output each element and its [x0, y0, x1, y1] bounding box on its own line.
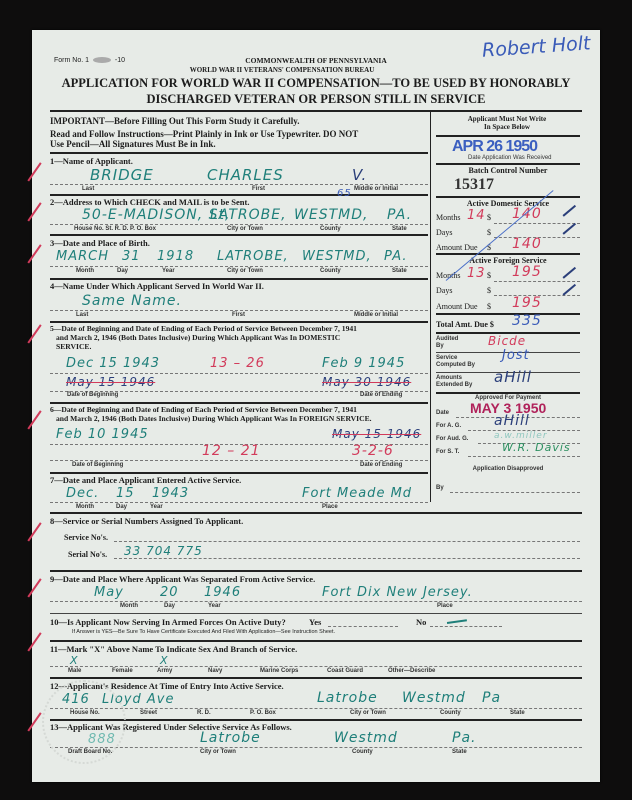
serial-numbers-line	[114, 558, 580, 559]
domestic-end-2[interactable]: May 30 1946	[322, 375, 411, 389]
domestic-days-currency: $	[487, 228, 491, 237]
entered-day[interactable]: 15	[116, 486, 135, 501]
q10-no-field[interactable]	[430, 626, 502, 627]
mail-city[interactable]: LATROBE,	[210, 207, 287, 223]
q1-last-caption: Last	[82, 186, 94, 192]
q2-city-caption: City or Town	[227, 226, 263, 232]
review-tick-icon	[27, 410, 41, 429]
mail-street[interactable]: 50-E-MADISON, St,	[82, 207, 230, 223]
q12-divider	[50, 719, 582, 721]
date-received-stamp: APR 26 1950	[452, 138, 537, 156]
q9-month-caption: Month	[120, 603, 138, 609]
foreign-days-currency: $	[487, 286, 491, 295]
q4-first-caption: First	[232, 312, 245, 318]
q5-line-1	[50, 373, 428, 374]
option-male[interactable]: Male	[68, 668, 81, 674]
mail-county[interactable]: WESTMD,	[294, 207, 368, 223]
draft-board-city[interactable]: Latrobe	[200, 730, 261, 746]
birth-state[interactable]: PA.	[384, 249, 407, 264]
birth-day[interactable]: 31	[122, 249, 141, 264]
q12-city-caption: City or Town	[350, 710, 386, 716]
for-aud-signature: a.w.miller	[494, 431, 548, 441]
option-marine-corps[interactable]: Marine Corps	[260, 668, 298, 674]
separated-place[interactable]: Fort Dix New Jersey.	[322, 585, 473, 600]
birth-county[interactable]: WESTMD,	[302, 249, 372, 264]
address-annotation: 65	[337, 188, 352, 199]
draft-board-county[interactable]: Westmd	[334, 730, 398, 746]
checkmark-icon	[563, 267, 576, 278]
service-numbers-label: Service No's.	[64, 533, 108, 542]
office-header-divider	[436, 135, 580, 137]
residence-city[interactable]: Latrobe	[317, 690, 378, 706]
separated-month[interactable]: May	[94, 585, 124, 600]
entered-year[interactable]: 1943	[152, 486, 189, 501]
foreign-divider	[436, 313, 580, 315]
foreign-amount-label: Amount Due	[436, 302, 478, 311]
for-st-line	[468, 456, 580, 457]
review-tick-icon	[27, 522, 41, 541]
q7-month-caption: Month	[76, 504, 94, 510]
foreign-begin[interactable]: Feb 10 1945	[56, 427, 149, 442]
q3-day-caption: Day	[117, 268, 128, 274]
q4-label: 4—Name Under Which Applicant Served In W…	[50, 281, 264, 291]
q8-label: 8—Service or Serial Numbers Assigned To …	[50, 516, 243, 526]
batch-divider	[436, 196, 580, 198]
q11-divider	[50, 677, 582, 679]
q2-divider	[50, 234, 428, 236]
q5-label-2: and March 2, 1946 (Both Dates Inclusive)…	[56, 333, 340, 342]
foreign-service-title: Active Foreign Service	[436, 256, 580, 265]
review-tick-icon	[27, 578, 41, 597]
domestic-end-1[interactable]: Feb 9 1945	[322, 356, 405, 371]
compensation-application-form: Form No. 1 -10 COMMONWEALTH OF PENNSYLVA…	[32, 30, 600, 782]
option-coast-guard[interactable]: Coast Guard	[327, 668, 363, 674]
total-amount-label: Total Amt. Due $	[436, 320, 494, 329]
entered-place[interactable]: Fort Meade Md	[302, 486, 412, 501]
q4-last-caption: Last	[76, 312, 88, 318]
q12-street-caption: Street	[140, 710, 157, 716]
q4-middle-caption: Middle or Initial	[354, 312, 398, 318]
birth-city[interactable]: LATROBE,	[217, 249, 289, 264]
service-numbers-line	[114, 541, 580, 542]
q2-street-caption: House No. St. R. D. P. O. Box	[74, 226, 156, 232]
q1-label: 1—Name of Applicant.	[50, 156, 133, 166]
q10-yes-label: Yes	[309, 617, 321, 627]
office-header-1: Applicant Must Not Write	[432, 115, 582, 123]
q10-no-label: No	[416, 617, 426, 627]
q9-line	[50, 601, 582, 602]
form-title-line-2: DISCHARGED VETERAN OR PERSON STILL IN SE…	[32, 92, 600, 107]
q13-county-caption: County	[352, 749, 373, 755]
q2-line	[50, 224, 428, 225]
option-other[interactable]: Other—Describe	[388, 668, 435, 674]
q3-label: 3—Date and Place of Birth.	[50, 238, 150, 248]
form-title-line-1: APPLICATION FOR WORLD WAR II COMPENSATIO…	[32, 76, 600, 91]
q11-label: 11—Mark "X" Above Name To Indicate Sex A…	[50, 644, 297, 654]
amounts-extended-signature: aHill	[494, 368, 532, 386]
domestic-begin-1[interactable]: Dec 15 1943	[66, 356, 160, 371]
q7-line	[50, 502, 428, 503]
domestic-amount-value: 140	[512, 236, 542, 252]
total-amount-value: 335	[512, 313, 542, 329]
for-st-label: For S. T.	[436, 449, 459, 455]
review-tick-icon	[27, 324, 41, 343]
q1-middle-caption: Middle or Initial	[354, 186, 398, 192]
audited-signature: Bicde	[488, 334, 526, 348]
q10-divider	[50, 640, 582, 642]
domestic-begin-2[interactable]: May 15 1946	[66, 375, 155, 389]
agency-line-2: WORLD WAR II VETERANS' COMPENSATION BURE…	[32, 66, 532, 74]
q1-divider	[50, 194, 428, 196]
service-computed-signature: Jost	[502, 348, 530, 363]
q5-label-1: 5—Date of Beginning and Date of Ending o…	[50, 324, 357, 333]
q10-no-check-icon	[447, 619, 467, 623]
domestic-days-label: Days	[436, 228, 452, 237]
q13-state-caption: State	[452, 749, 467, 755]
q1-first-caption: First	[252, 186, 265, 192]
entered-month[interactable]: Dec.	[66, 486, 99, 501]
option-female[interactable]: Female	[112, 668, 133, 674]
checkmark-icon	[563, 223, 576, 234]
q2-state-caption: State	[392, 226, 407, 232]
q7-place-caption: Place	[322, 504, 338, 510]
review-tick-icon	[27, 712, 41, 731]
draft-board-state[interactable]: Pa.	[452, 730, 476, 746]
date-received-label: Date Application Was Received	[468, 155, 552, 161]
q9-year-caption: Year	[208, 603, 221, 609]
domestic-calc-1: 13 – 26	[210, 356, 265, 371]
review-tick-icon	[27, 162, 41, 181]
foreign-months-amount: 195	[512, 264, 542, 280]
q5-divider	[50, 402, 428, 404]
instructions-divider	[50, 152, 428, 154]
office-header-2: In Space Below	[432, 123, 582, 131]
foreign-calc-2: 3-2-6	[352, 443, 394, 459]
domestic-amount-label: Amount Due	[436, 243, 478, 252]
for-st-signature: W.R. Davis	[502, 441, 571, 454]
q10-note: If Answer is YES—Be Sure To Have Certifi…	[72, 629, 335, 635]
q2-label: 2—Address to Which CHECK and MAIL is to …	[50, 197, 249, 207]
q12-county-caption: County	[440, 710, 461, 716]
separated-day[interactable]: 20	[160, 585, 179, 600]
q3-line	[50, 266, 428, 267]
q9-label: 9—Date and Place Where Applicant Was Sep…	[50, 574, 315, 584]
amounts-extended-label: Amounts Extended By	[436, 375, 481, 389]
service-name[interactable]: Same Name.	[82, 293, 182, 309]
foreign-months-line	[494, 281, 580, 282]
q2-county-caption: County	[320, 226, 341, 232]
foreign-days-label: Days	[436, 286, 452, 295]
for-ag-signature: aHill	[494, 413, 530, 429]
embossed-seal-icon	[42, 680, 126, 764]
for-ag-label: For A. G.	[436, 423, 461, 429]
birth-month[interactable]: MARCH	[56, 249, 109, 264]
q12-line	[50, 708, 582, 709]
batch-control-label: Batch Control Number	[436, 166, 580, 175]
q12-rd-caption: R. D.	[197, 710, 211, 716]
domestic-months-line	[494, 223, 580, 224]
domestic-months-label: Months	[436, 213, 460, 222]
q6-divider	[50, 472, 428, 474]
batch-control-number: 15317	[454, 176, 494, 194]
separated-year[interactable]: 1946	[204, 585, 241, 600]
q4-line	[50, 310, 428, 311]
q6-begin-caption: Date of Beginning	[72, 462, 123, 468]
instruction-important: IMPORTANT—Before Filling Out This Form S…	[50, 116, 300, 126]
foreign-end[interactable]: May 15 1946	[332, 427, 421, 441]
for-aud-label: For Aud. G.	[436, 436, 468, 442]
q3-year-caption: Year	[162, 268, 175, 274]
instruction-line-3: Use Pencil—All Signatures Must Be in Ink…	[50, 139, 216, 149]
q11-line	[50, 666, 582, 667]
date-received-divider	[436, 163, 580, 165]
residence-county[interactable]: Westmd	[402, 690, 466, 706]
disapproved-by-line	[450, 492, 580, 493]
q13-city-caption: City or Town	[200, 749, 236, 755]
q3-divider	[50, 278, 428, 280]
birth-year[interactable]: 1918	[157, 249, 194, 264]
q12-state-caption: State	[510, 710, 525, 716]
review-tick-icon	[27, 202, 41, 221]
serial-numbers-label: Serial No's.	[68, 550, 107, 559]
q3-county-caption: County	[320, 268, 341, 274]
q9-place-caption: Place	[437, 603, 453, 609]
q6-line-2	[50, 460, 428, 461]
review-tick-icon	[27, 632, 41, 651]
checkmark-icon	[563, 284, 576, 295]
q7-year-caption: Year	[150, 504, 163, 510]
residence-state[interactable]: Pa	[482, 690, 501, 706]
disapproved-by-label: By	[436, 485, 444, 491]
q12-pobox-caption: P. O. Box	[250, 710, 276, 716]
q5-label-3: SERVICE.	[56, 342, 91, 351]
foreign-months-value: 13	[467, 266, 486, 281]
option-army[interactable]: Army	[157, 668, 172, 674]
q3-city-caption: City or Town	[227, 268, 263, 274]
q9-day-caption: Day	[164, 603, 175, 609]
amounts-extended-divider	[436, 392, 580, 394]
q10-yes-field[interactable]	[328, 626, 398, 627]
option-navy[interactable]: Navy	[208, 668, 222, 674]
foreign-months-currency: $	[487, 271, 491, 280]
q5-begin-caption: Date of Beginning	[67, 392, 118, 398]
service-computed-label: Service Computed By	[436, 355, 481, 369]
q8-divider	[50, 570, 582, 572]
q6-label-2: and March 2, 1946 (Both Dates Inclusive)…	[56, 414, 372, 423]
q3-state-caption: State	[392, 268, 407, 274]
audited-by-label: Audited By	[436, 336, 466, 350]
header-divider	[50, 110, 582, 112]
domestic-divider	[436, 253, 580, 255]
mail-state[interactable]: PA.	[387, 207, 412, 223]
q9-divider	[50, 613, 582, 614]
q6-label-1: 6—Date of Beginning and Date of Ending o…	[50, 405, 357, 414]
q10-label: 10—Is Applicant Now Serving In Armed For…	[50, 617, 286, 627]
q7-divider	[50, 512, 582, 514]
applicant-middle-initial[interactable]: V.	[352, 166, 367, 184]
domestic-service-title: Active Domestic Service	[436, 199, 580, 208]
foreign-amount-currency: $	[487, 302, 491, 311]
q3-month-caption: Month	[76, 268, 94, 274]
q4-divider	[50, 321, 428, 323]
foreign-amount-value: 195	[512, 295, 542, 311]
q7-label: 7—Date and Place Applicant Entered Activ…	[50, 475, 241, 485]
q6-end-caption: Date of Ending	[360, 462, 402, 468]
instruction-line-2: Read and Follow Instructions—Print Plain…	[50, 129, 358, 139]
applicant-last-name[interactable]: BRIDGE	[90, 166, 154, 184]
application-disapproved-label: Application Disapproved	[436, 466, 580, 472]
domestic-months-currency: $	[487, 213, 491, 222]
foreign-calc-1: 12 – 21	[202, 443, 261, 459]
domestic-months-value: 14	[467, 208, 486, 223]
q7-day-caption: Day	[116, 504, 127, 510]
q13-line	[50, 747, 582, 748]
q5-end-caption: Date of Ending	[360, 392, 402, 398]
review-tick-icon	[27, 244, 41, 263]
applicant-first-name[interactable]: CHARLES	[207, 166, 284, 184]
approved-date-label: Date	[436, 410, 449, 416]
office-column-divider	[430, 112, 431, 502]
q1-line	[50, 184, 428, 185]
serial-numbers-value[interactable]: 33 704 775	[124, 544, 203, 558]
